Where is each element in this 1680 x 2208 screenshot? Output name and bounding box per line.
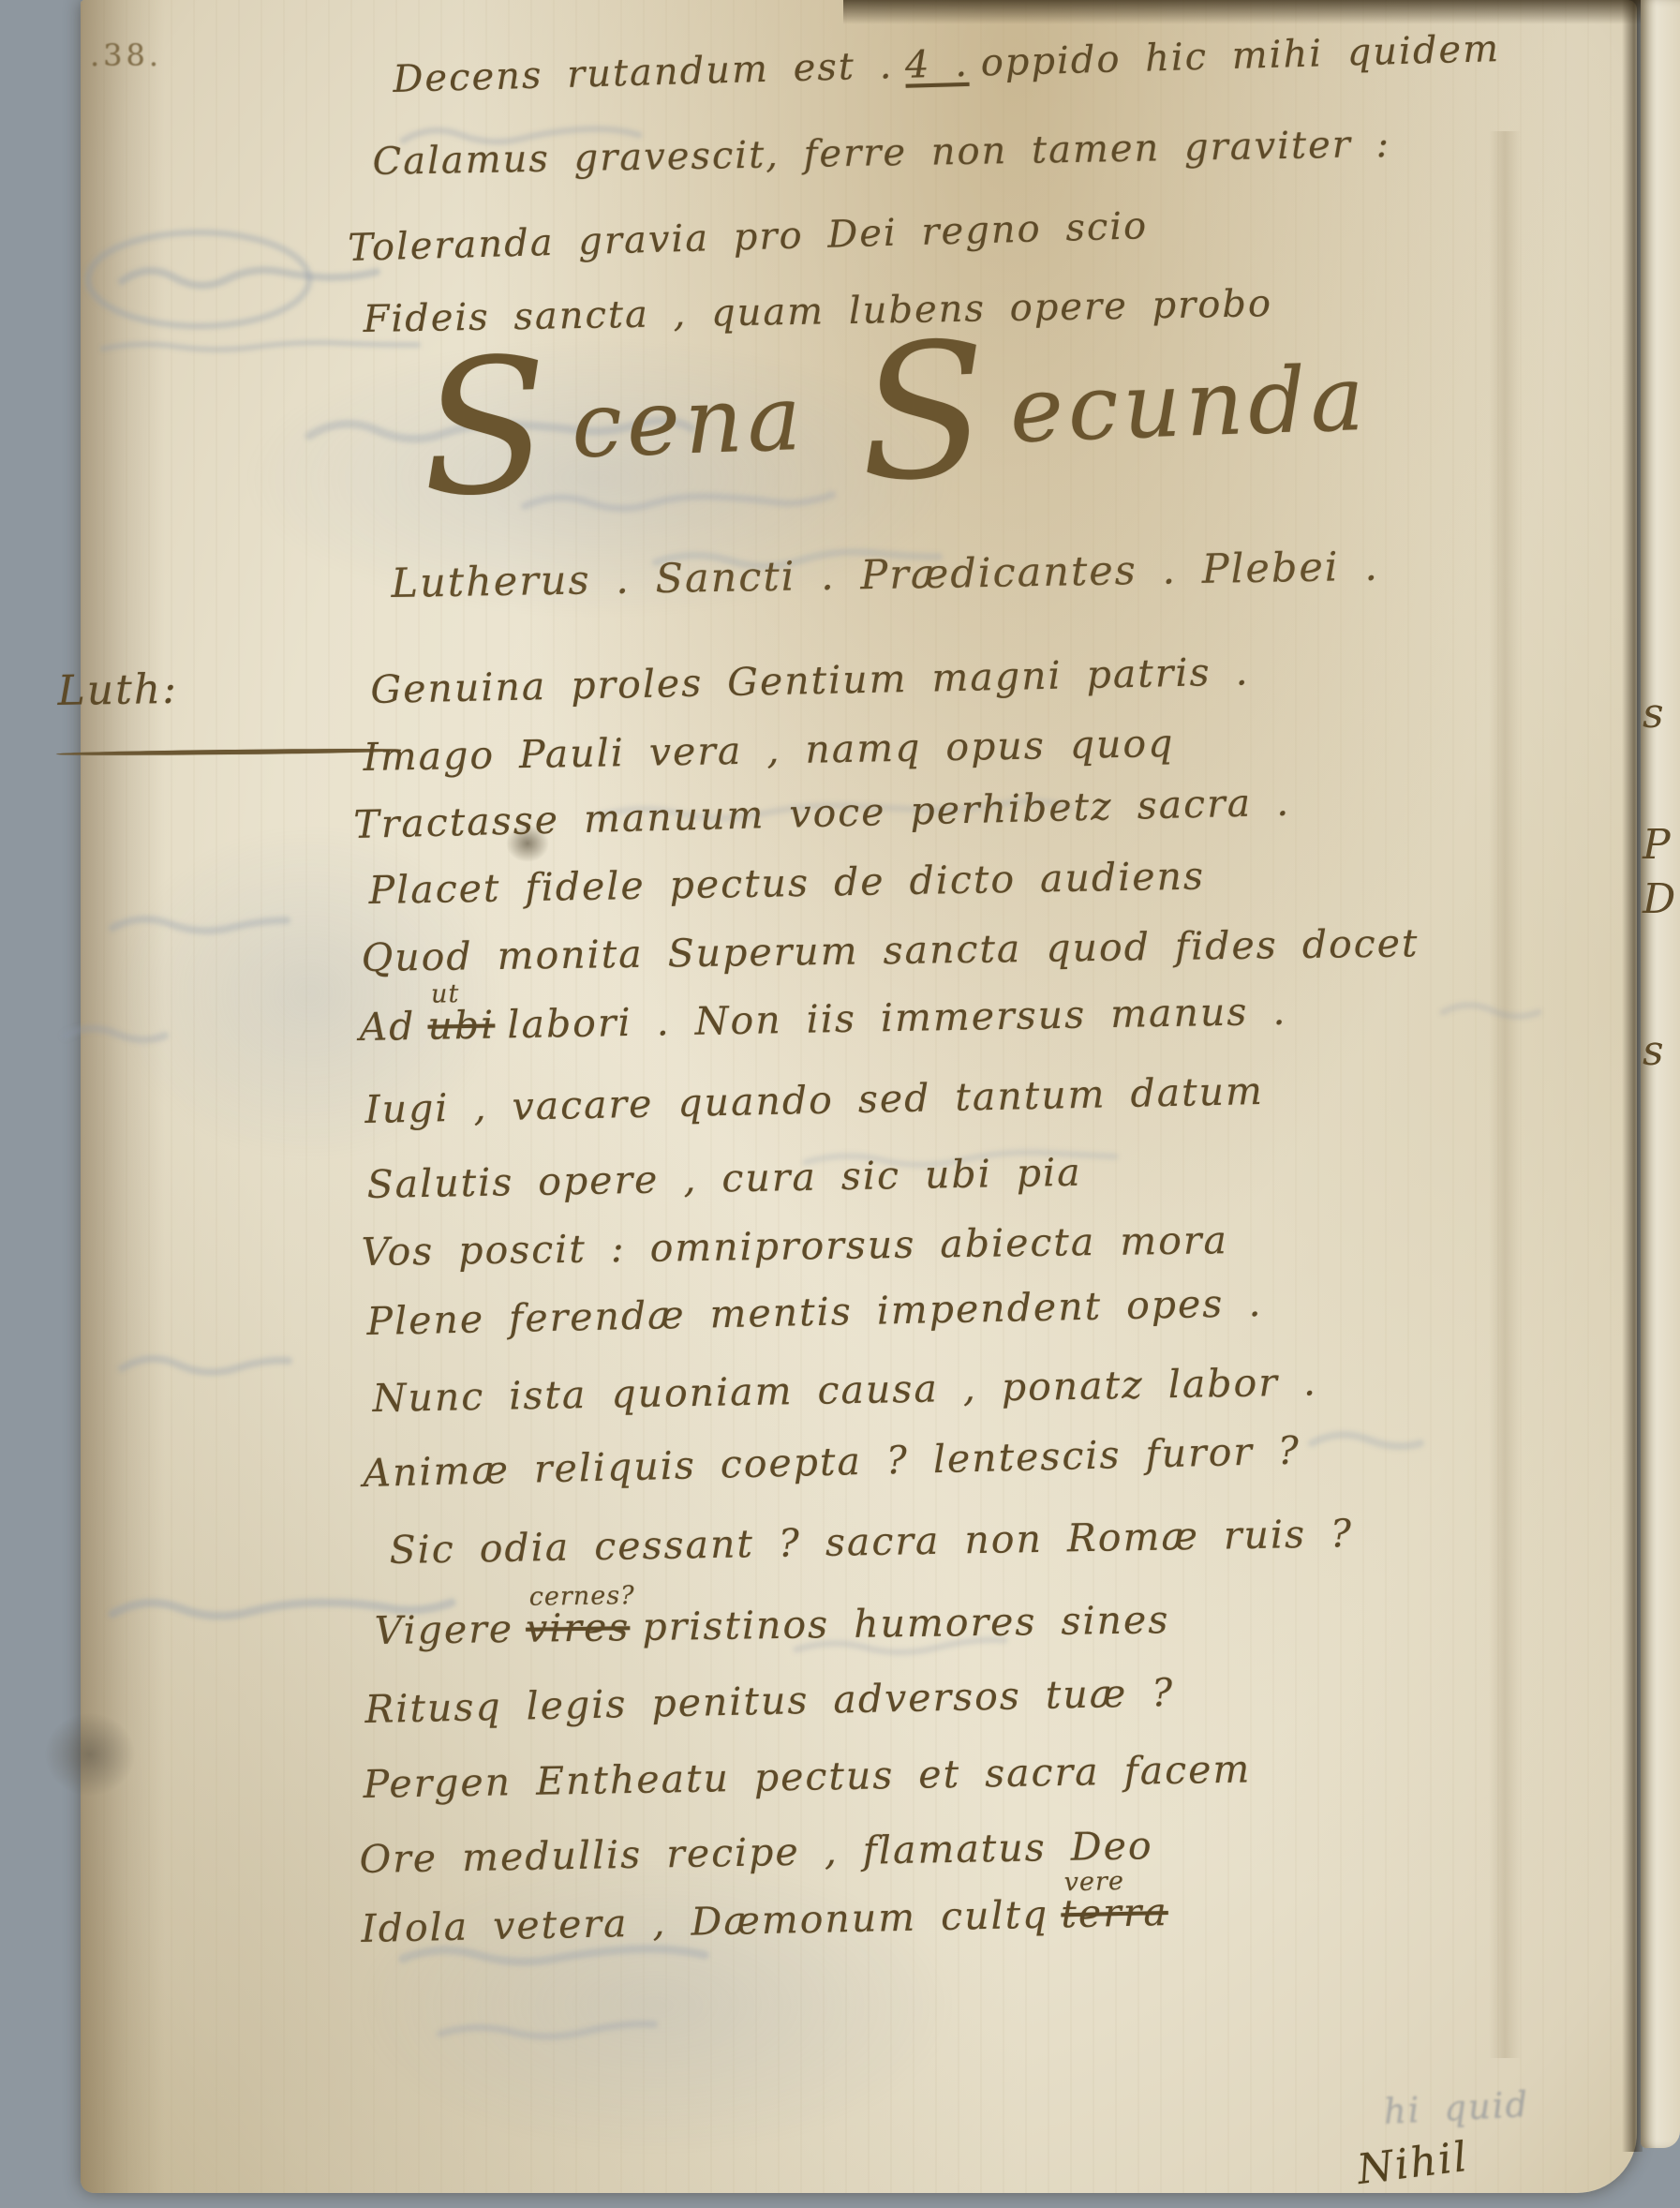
edge-fragment-3: D bbox=[1643, 875, 1675, 923]
next-page-sliver: s P D s bbox=[1641, 0, 1680, 2148]
paper-crease bbox=[1489, 131, 1521, 2058]
right-edge-crease bbox=[1622, 0, 1643, 2152]
edge-fragment-1: s bbox=[1643, 690, 1664, 738]
scene-title-word2: ecunda bbox=[1008, 346, 1371, 463]
scene-title-initial-1: S bbox=[418, 317, 553, 538]
folio-number: .38. bbox=[90, 37, 162, 73]
speech-line-14-pre: Vigere bbox=[374, 1606, 513, 1653]
speech-line-6-edit: utubi bbox=[427, 1002, 496, 1048]
speech-line-6-insertion: ut bbox=[431, 979, 460, 1009]
speech-line-6-struck: ubi bbox=[427, 1002, 496, 1048]
scene-title-initial-2: S bbox=[856, 302, 991, 523]
speech-line-14-edit: cernes?vires bbox=[526, 1604, 631, 1651]
speech-line-18-edit: vereterra bbox=[1061, 1889, 1168, 1936]
speech-line-14-post: pristinos humores sines bbox=[642, 1597, 1170, 1649]
speech-line-14-insertion: cernes? bbox=[528, 1581, 634, 1612]
speech-line-6-pre: Ad bbox=[359, 1004, 416, 1050]
gutter-shadow bbox=[81, 0, 165, 2193]
footer-pencil-note: hi quid bbox=[1383, 2084, 1531, 2132]
page-top-shadow bbox=[843, 0, 1643, 24]
margin-speaker-label: Luth: bbox=[57, 665, 178, 715]
speech-line-18-insertion: vere bbox=[1063, 1867, 1124, 1897]
scene-title-word1: cena bbox=[570, 366, 807, 479]
book-binding bbox=[0, 0, 86, 2208]
edge-fragment-4: s bbox=[1643, 1027, 1664, 1075]
margin-speaker: Luth: bbox=[57, 665, 178, 715]
edge-fragment-2: P bbox=[1643, 821, 1671, 869]
heading-line-1-number: 4 . bbox=[904, 42, 969, 87]
